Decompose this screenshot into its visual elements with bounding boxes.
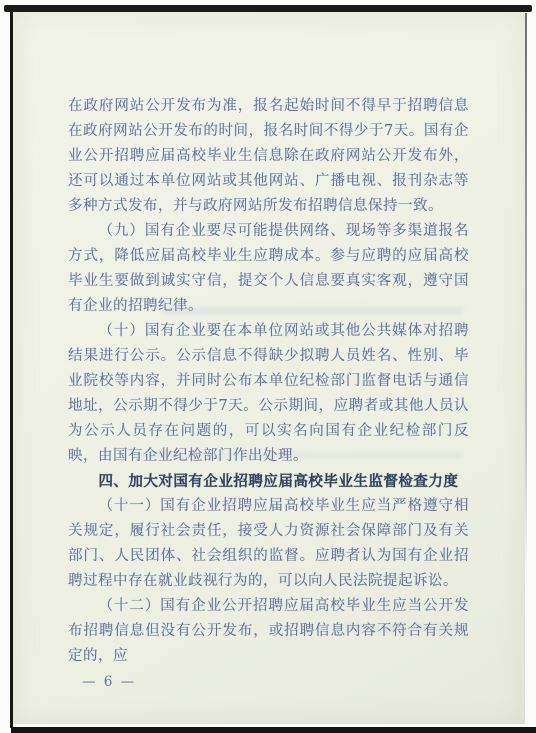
scan-edge-bottom [11,727,536,733]
paragraph-item-10: （十）国有企业要在本单位网站或其他公共媒体对招聘结果进行公示。公示信息不得缺少拟… [68,319,469,469]
paragraph-item-11: （十一）国有企业招聘应届高校毕业生应当严格遵守相关规定，履行社会责任，接受人力资… [68,494,469,594]
paragraph-item-12: （十二）国有企业公开招聘应届高校毕业生应当公开发布招聘信息但没有公开发布，或招聘… [68,594,469,669]
paper-sheet: 在政府网站公开发布为准，报名起始时间不得早于招聘信息在政府网站公开发布的时间，报… [13,12,525,724]
paragraph-item-9: （九）国有企业要尽可能提供网络、现场等多渠道报名方式，降低应届高校毕业生应聘成本… [68,219,469,319]
scanned-document-page: 在政府网站公开发布为准，报名起始时间不得早于招聘信息在政府网站公开发布的时间，报… [0,0,536,733]
document-body: 在政府网站公开发布为准，报名起始时间不得早于招聘信息在政府网站公开发布的时间，报… [68,94,469,694]
scan-edge-top [4,5,532,12]
page-number-footer: — 6 — [68,670,469,694]
section-heading: 四、加大对国有企业招聘应届高校毕业生监督检查力度 [68,469,469,494]
paragraph-continuation: 在政府网站公开发布为准，报名起始时间不得早于招聘信息在政府网站公开发布的时间，报… [68,94,469,219]
